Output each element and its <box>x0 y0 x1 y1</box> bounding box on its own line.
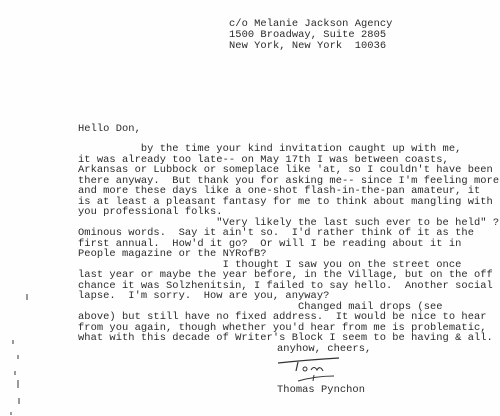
salutation: Hello Don, <box>78 124 141 135</box>
letter-page: c/o Melanie Jackson Agency 1500 Broadway… <box>0 0 500 416</box>
margin-mark <box>26 294 28 300</box>
address-line-1: c/o Melanie Jackson Agency <box>229 19 392 30</box>
body-line: above) but still have no fixed address. … <box>78 312 487 323</box>
margin-mark <box>12 340 14 344</box>
margin-mark <box>17 380 19 388</box>
body-line: by the time your kind invitation caught … <box>78 144 461 155</box>
margin-mark <box>10 412 12 415</box>
body-line: and more these days like a one-shot flas… <box>78 186 480 197</box>
address-line-2: 1500 Broadway, Suite 2805 <box>229 30 386 41</box>
margin-mark <box>18 398 20 404</box>
body-line: what with this decade of Writer's Block … <box>78 333 493 344</box>
margin-mark <box>14 371 16 375</box>
body-line: last year or maybe the year before, in t… <box>78 270 493 281</box>
body-line: lapse. I'm sorry. How are you, anyway? <box>78 291 329 302</box>
handwritten-signature <box>276 357 346 385</box>
body-line: Arkansas or Lubbock or someplace like 'a… <box>78 165 493 176</box>
body-line: People magazine or the NYRofB? <box>78 249 267 260</box>
closing: anyhow, cheers, <box>277 344 371 355</box>
typed-signature: Thomas Pynchon <box>277 385 365 396</box>
address-line-3: New York, New York 10036 <box>229 41 386 52</box>
body-line: Ominous words. Say it ain't so. I'd rath… <box>78 228 474 239</box>
margin-mark <box>17 355 19 359</box>
body-line: you professional folks. <box>78 207 223 218</box>
